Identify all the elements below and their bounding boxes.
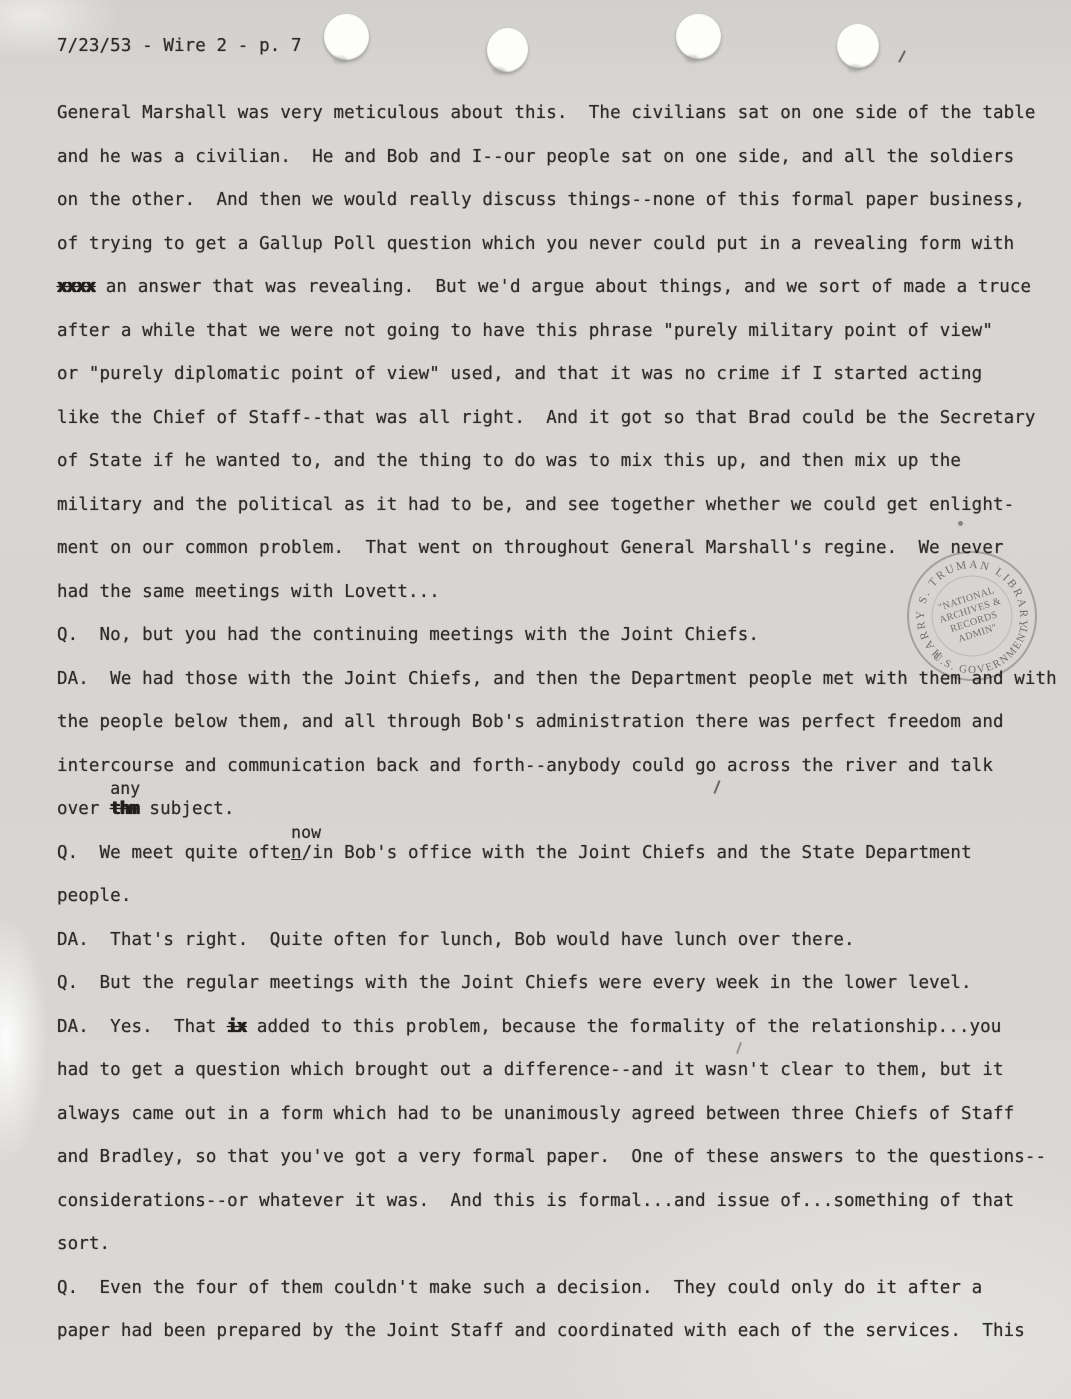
text-line: paper had been prepared by the Joint Sta… bbox=[57, 1310, 1071, 1354]
line-text: or "purely diplomatic point of view" use… bbox=[57, 364, 982, 384]
line-text: DA. Yes. That bbox=[57, 1017, 227, 1037]
line-text: Q. No, but you had the continuing meetin… bbox=[57, 625, 759, 645]
text-line: and he was a civilian. He and Bob and I-… bbox=[57, 136, 1071, 180]
line-text: intercourse and communication back and f… bbox=[57, 756, 993, 776]
line-text: on the other. And then we would really d… bbox=[57, 190, 1025, 210]
line-text: people. bbox=[57, 886, 131, 906]
text-line: people. bbox=[57, 875, 1071, 919]
text-line: Q. Even the four of them couldn't make s… bbox=[57, 1267, 1071, 1311]
text-line: Q. But the regular meetings with the Joi… bbox=[57, 962, 1071, 1006]
line-text: of trying to get a Gallup Poll question … bbox=[57, 234, 1014, 254]
line-text: had the same meetings with Lovett... bbox=[57, 582, 440, 602]
struck-word: n bbox=[291, 843, 302, 863]
text-line: always came out in a form which had to b… bbox=[57, 1093, 1071, 1137]
line-text: Q. We meet quite ofte bbox=[57, 843, 291, 863]
stray-mark bbox=[898, 50, 906, 62]
line-text: over bbox=[57, 799, 110, 819]
struck-word: xxxx bbox=[57, 277, 95, 297]
text-line: or "purely diplomatic point of view" use… bbox=[57, 353, 1071, 397]
line-text: Q. Even the four of them couldn't make s… bbox=[57, 1278, 982, 1298]
line-text: subject. bbox=[139, 799, 235, 819]
line-text: military and the political as it had to … bbox=[57, 495, 1014, 515]
line-text: and he was a civilian. He and Bob and I-… bbox=[57, 147, 1014, 167]
text-line: General Marshall was very meticulous abo… bbox=[57, 92, 1071, 136]
text-line: DA. Yes. That ix added to this problem, … bbox=[57, 1006, 1071, 1050]
line-text: the people below them, and all through B… bbox=[57, 712, 1004, 732]
struck-word: ix bbox=[227, 1017, 246, 1037]
line-text: after a while that we were not going to … bbox=[57, 321, 993, 341]
archives-stamp: HARRY S. TRUMAN LIBRARY U.S. GOVERNMENT … bbox=[901, 545, 1043, 687]
line-text: DA. That's right. Quite often for lunch,… bbox=[57, 930, 855, 950]
text-line: intercourse and communication back and f… bbox=[57, 745, 1071, 789]
text-line: after a while that we were not going to … bbox=[57, 310, 1071, 354]
line-text: and Bradley, so that you've got a very f… bbox=[57, 1147, 1046, 1167]
inserted-word: any bbox=[110, 779, 140, 799]
text-line: on the other. And then we would really d… bbox=[57, 179, 1071, 223]
inserted-word: now bbox=[291, 823, 321, 843]
line-text: had to get a question which brought out … bbox=[57, 1060, 1004, 1080]
line-text: considerations--or whatever it was. And … bbox=[57, 1191, 1014, 1211]
line-text: an answer that was revealing. But we'd a… bbox=[95, 277, 1031, 297]
scanned-document-page: 7/23/53 - Wire 2 - p. 7 General Marshall… bbox=[0, 0, 1071, 1399]
text-line: had to get a question which brought out … bbox=[57, 1049, 1071, 1093]
line-text: Q. But the regular meetings with the Joi… bbox=[57, 973, 972, 993]
text-line: like the Chief of Staff--that was all ri… bbox=[57, 397, 1071, 441]
punch-hole bbox=[324, 14, 369, 60]
text-line: sort. bbox=[57, 1223, 1071, 1267]
line-text: ment on our common problem. That went on… bbox=[57, 538, 1004, 558]
line-text: General Marshall was very meticulous abo… bbox=[57, 103, 1036, 123]
text-line: Q. We meet quite often/in Bob's office w… bbox=[57, 832, 1071, 876]
line-text: always came out in a form which had to b… bbox=[57, 1104, 1014, 1124]
page-header: 7/23/53 - Wire 2 - p. 7 bbox=[57, 36, 302, 56]
line-text: added to this problem, because the forma… bbox=[246, 1017, 1001, 1037]
text-line: xxxx an answer that was revealing. But w… bbox=[57, 266, 1071, 310]
punch-hole bbox=[676, 14, 721, 59]
text-line: the people below them, and all through B… bbox=[57, 701, 1071, 745]
punch-hole bbox=[835, 22, 881, 70]
document-body: General Marshall was very meticulous abo… bbox=[57, 92, 1071, 1354]
text-line: military and the political as it had to … bbox=[57, 484, 1071, 528]
line-text: of State if he wanted to, and the thing … bbox=[57, 451, 961, 471]
line-text: sort. bbox=[57, 1234, 110, 1254]
line-text: paper had been prepared by the Joint Sta… bbox=[57, 1321, 1025, 1341]
line-text: like the Chief of Staff--that was all ri… bbox=[57, 408, 1036, 428]
text-line: DA. That's right. Quite often for lunch,… bbox=[57, 919, 1071, 963]
text-line: considerations--or whatever it was. And … bbox=[57, 1180, 1071, 1224]
struck-word: thm bbox=[110, 799, 139, 819]
text-line: of trying to get a Gallup Poll question … bbox=[57, 223, 1071, 267]
text-line: and Bradley, so that you've got a very f… bbox=[57, 1136, 1071, 1180]
punch-hole bbox=[484, 25, 531, 74]
line-text: /in Bob's office with the Joint Chiefs a… bbox=[302, 843, 972, 863]
text-line: over thm subject.any bbox=[57, 788, 1071, 832]
text-line: of State if he wanted to, and the thing … bbox=[57, 440, 1071, 484]
